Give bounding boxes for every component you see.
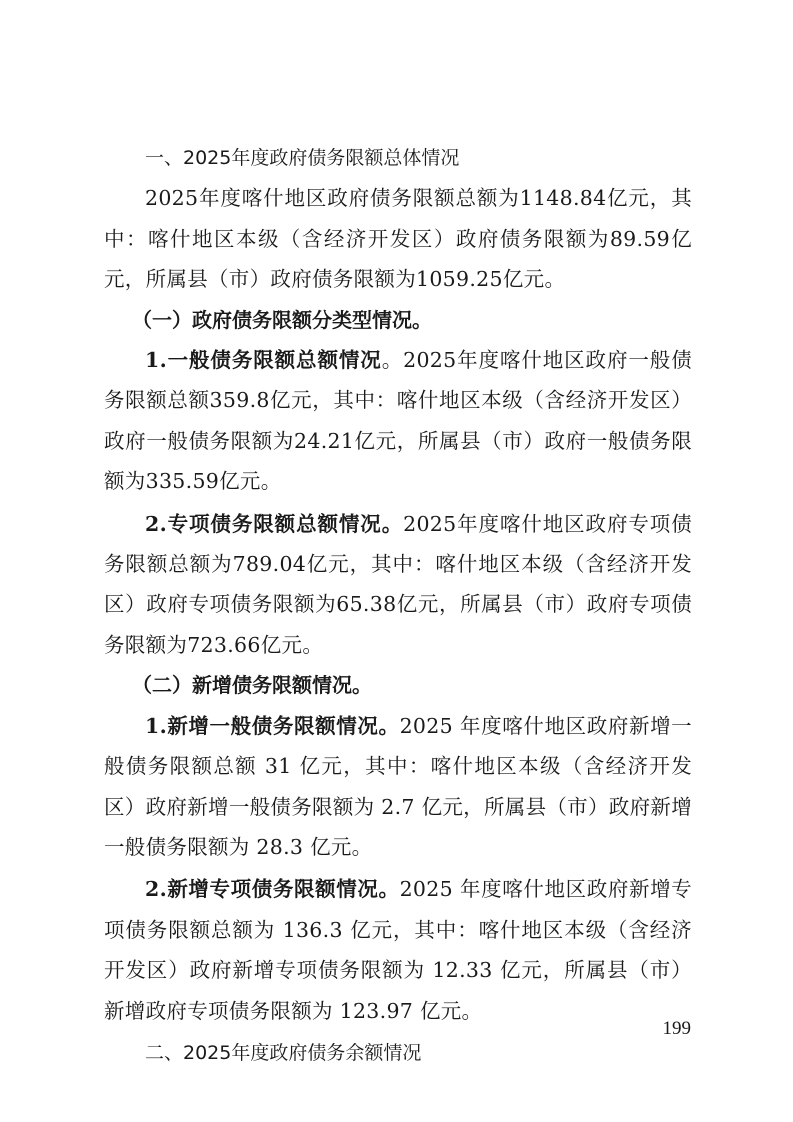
- paragraph-general-debt-limit: 1.一般债务限额总额情况。2025年度喀什地区政府一般债务限额总额359.8亿元…: [104, 340, 692, 502]
- subsection-heading-1: （一）政府债务限额分类型情况。: [104, 300, 692, 340]
- section-1-body: 2025年度喀什地区政府债务限额总额为1148.84亿元，其中：喀什地区本级（含…: [104, 178, 692, 299]
- subsection-heading-2: （二）新增债务限额情况。: [104, 665, 692, 705]
- section-heading-2: 二、2025年度政府债务余额情况: [104, 1033, 692, 1073]
- document-page: 一、2025年度政府债务限额总体情况 2025年度喀什地区政府债务限额总额为11…: [104, 138, 692, 1073]
- section-heading-1: 一、2025年度政府债务限额总体情况: [104, 138, 692, 178]
- paragraph-lead: 1.一般债务限额总额情况: [145, 348, 382, 372]
- paragraph-new-general-debt-limit: 1.新增一般债务限额情况。2025 年度喀什地区政府新增一般债务限额总额 31 …: [104, 706, 692, 868]
- paragraph-lead: 1.新增一般债务限额情况。: [145, 714, 400, 738]
- page-number: 199: [663, 1018, 692, 1040]
- paragraph-new-special-debt-limit: 2.新增专项债务限额情况。2025 年度喀什地区政府新增专项债务限额总额为 13…: [104, 869, 692, 1031]
- paragraph-sep: 。: [382, 348, 403, 372]
- paragraph-lead: 2.专项债务限额总额情况。: [145, 512, 403, 536]
- paragraph-lead: 2.新增专项债务限额情况。: [145, 877, 400, 901]
- paragraph-special-debt-limit: 2.专项债务限额总额情况。2025年度喀什地区政府专项债务限额总额为789.04…: [104, 504, 692, 666]
